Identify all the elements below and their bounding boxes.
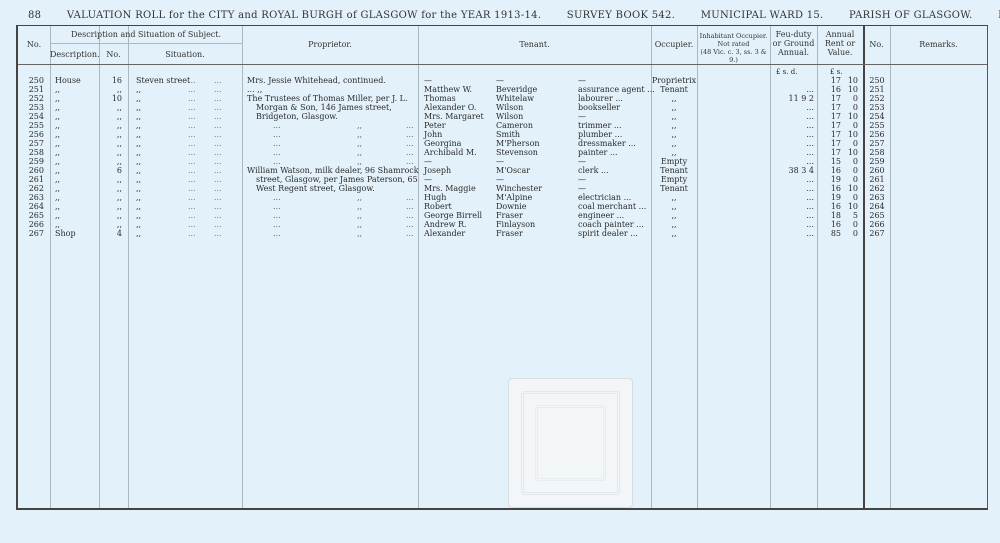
feu-duty: ... [770, 184, 814, 193]
tenant-occupation: electrician ... [578, 193, 631, 202]
tenant-occupation: engineer ... [578, 211, 624, 220]
leader-dots: ... [188, 76, 196, 85]
row-number: 258 [22, 148, 44, 157]
house-number: 6 [102, 166, 122, 175]
tenant-surname: M'Pherson [496, 139, 540, 148]
header-no: No. [18, 40, 50, 49]
house-number: ,, [102, 103, 122, 112]
tenant-first-name: Peter [424, 121, 446, 130]
leader-dots: ... [214, 148, 222, 157]
header-desc-group: Description and Situation of Subject. [50, 30, 242, 39]
feu-duty: ... [770, 85, 814, 94]
header-inhabitant-line: (48 Vic. c. 3, ss. 3 & 9.) [697, 48, 770, 64]
tenant-occupation: coach painter ... [578, 220, 644, 229]
valuation-table: No. Description and Situation of Subject… [16, 25, 988, 510]
situation: ,, [136, 139, 141, 148]
tenant-occupation: labourer ... [578, 94, 623, 103]
rent-shillings: 0 [842, 166, 858, 175]
tenant-first-name: Thomas [424, 94, 456, 103]
leader-dots: ... [406, 148, 414, 157]
row-number-right: 267 [866, 229, 888, 238]
survey-book: SURVEY BOOK 542. [567, 10, 675, 21]
header-rule [18, 64, 987, 65]
leader-dots: ... [188, 112, 196, 121]
tenant-surname: Whitelaw [496, 94, 534, 103]
leader-dots: ... [273, 229, 281, 238]
feu-duty: 11 9 2 [770, 94, 814, 103]
leader-dots: ... [188, 157, 196, 166]
rent-shillings: 0 [842, 220, 858, 229]
tenant-first-name: Hugh [424, 193, 446, 202]
header-rent-line: Rent or [817, 39, 863, 48]
rent-shillings: 10 [842, 184, 858, 193]
parish: PARISH OF GLASGOW. [849, 10, 973, 21]
ditto-mark: ,, [357, 148, 362, 157]
roll-title: VALUATION ROLL for the CITY and ROYAL BU… [67, 10, 542, 21]
col-rule [890, 26, 891, 508]
row-number-right: 266 [866, 220, 888, 229]
col-rule [128, 26, 129, 508]
house-number: 16 [102, 76, 122, 85]
header-rent-line: Annual [817, 30, 863, 39]
rent-pounds: 16 [826, 166, 841, 175]
row-number: 257 [22, 139, 44, 148]
rent-shillings: 0 [842, 175, 858, 184]
proprietor-text: Bridgeton, Glasgow. [256, 112, 338, 121]
feu-duty: ... [770, 202, 814, 211]
rent-shillings: 0 [842, 229, 858, 238]
security-tag [508, 378, 633, 508]
ditto-mark: ,, [357, 193, 362, 202]
row-number-right: 253 [866, 103, 888, 112]
occupier: Tenant [651, 166, 697, 175]
page-number: 88 [28, 10, 41, 21]
header-inhabitant-line: Not rated [697, 40, 770, 48]
col-rule [99, 26, 100, 508]
house-number: ,, [102, 130, 122, 139]
header-feu-line: Feu-duty [770, 30, 817, 39]
leader-dots: ... [273, 193, 281, 202]
leader-dots: ... [188, 166, 196, 175]
page-header: 88 VALUATION ROLL for the CITY and ROYAL… [28, 10, 990, 21]
tenant-occupation: — [578, 175, 586, 184]
description: House [55, 76, 81, 85]
house-number: ,, [102, 220, 122, 229]
row-number: 262 [22, 184, 44, 193]
tenant-surname: Winchester [496, 184, 542, 193]
leader-dots: ... [188, 121, 196, 130]
tenant-first-name: George Birrell [424, 211, 482, 220]
situation: ,, [136, 121, 141, 130]
occupier: Proprietrix [651, 76, 697, 85]
situation: ,, [136, 103, 141, 112]
leader-dots: ... [406, 130, 414, 139]
row-number-right: 250 [866, 76, 888, 85]
rent-pounds: 17 [826, 121, 841, 130]
tenant-first-name: — [424, 175, 432, 184]
rent-shillings: 0 [842, 139, 858, 148]
tenant-surname: Downie [496, 202, 527, 211]
leader-dots: ... [273, 139, 281, 148]
rent-shillings: 0 [842, 121, 858, 130]
rent-pounds: 18 [826, 211, 841, 220]
leader-dots: ... [214, 166, 222, 175]
proprietor-text: ... ,, [247, 85, 262, 94]
description: ,, [55, 121, 60, 130]
leader-dots: ... [188, 85, 196, 94]
rent-pounds: 17 [826, 130, 841, 139]
occupier: ,, [651, 193, 697, 202]
house-number: ,, [102, 85, 122, 94]
col-rule [50, 26, 51, 508]
leader-dots: ... [214, 130, 222, 139]
tenant-occupation: clerk ... [578, 166, 609, 175]
tenant-first-name: — [424, 157, 432, 166]
col-rule [863, 26, 865, 508]
feu-duty: ... [770, 211, 814, 220]
leader-dots: ... [273, 157, 281, 166]
description: ,, [55, 130, 60, 139]
leader-dots: ... [214, 103, 222, 112]
leader-dots: ... [214, 112, 222, 121]
occupier: ,, [651, 103, 697, 112]
tenant-occupation: — [578, 112, 586, 121]
house-number: ,, [102, 211, 122, 220]
description: Shop [55, 229, 76, 238]
description: ,, [55, 157, 60, 166]
col-rule [242, 26, 243, 508]
tenant-first-name: Alexander [424, 229, 465, 238]
leader-dots: ... [273, 121, 281, 130]
situation: ,, [136, 85, 141, 94]
col-rule [697, 26, 698, 508]
ditto-mark: ,, [357, 220, 362, 229]
leader-dots: ... [188, 139, 196, 148]
leader-dots: ... [273, 211, 281, 220]
tenant-first-name: Mrs. Maggie [424, 184, 476, 193]
description: ,, [55, 148, 60, 157]
feu-duty: ... [770, 157, 814, 166]
occupier: ,, [651, 112, 697, 121]
tenant-surname: M'Oscar [496, 166, 530, 175]
rent-shillings: 10 [842, 202, 858, 211]
row-number: 254 [22, 112, 44, 121]
header-remarks: Remarks. [890, 40, 987, 49]
row-number: 259 [22, 157, 44, 166]
leader-dots: ... [273, 202, 281, 211]
leader-dots: ... [188, 175, 196, 184]
leader-dots: ... [214, 193, 222, 202]
situation: Steven street [136, 76, 190, 85]
tenant-first-name: — [424, 76, 432, 85]
row-number: 265 [22, 211, 44, 220]
leader-dots: ... [273, 130, 281, 139]
occupier: ,, [651, 229, 697, 238]
ditto-mark: ,, [357, 211, 362, 220]
feu-duty: ... [770, 175, 814, 184]
leader-dots: ... [406, 229, 414, 238]
header-desc-no: No. [99, 50, 128, 59]
leader-dots: ... [188, 202, 196, 211]
leader-dots: ... [214, 85, 222, 94]
house-number: ,, [102, 121, 122, 130]
rent-pounds: 16 [826, 202, 841, 211]
rent-shillings: 10 [842, 148, 858, 157]
tenant-occupation: plumber ... [578, 130, 622, 139]
proprietor-text: William Watson, milk dealer, 96 Shamrock [247, 166, 419, 175]
tenant-surname: Fraser [496, 229, 523, 238]
ditto-mark: ,, [357, 157, 362, 166]
house-number: ,, [102, 157, 122, 166]
leader-dots: ... [188, 193, 196, 202]
tenant-surname: Finlayson [496, 220, 535, 229]
leader-dots: ... [406, 139, 414, 148]
rent-shillings: 0 [842, 103, 858, 112]
ditto-mark: ,, [357, 202, 362, 211]
tenant-first-name: Matthew W. [424, 85, 472, 94]
description: ,, [55, 193, 60, 202]
header-inhabitant-line: Inhabitant Occupier. [697, 32, 770, 40]
leader-dots: ... [188, 103, 196, 112]
leader-dots: ... [188, 211, 196, 220]
description: ,, [55, 103, 60, 112]
tenant-occupation: painter ... [578, 148, 618, 157]
leader-dots: ... [406, 157, 414, 166]
feu-duty: ... [770, 121, 814, 130]
leader-dots: ... [188, 148, 196, 157]
leader-dots: ... [406, 121, 414, 130]
tenant-occupation: coal merchant ... [578, 202, 646, 211]
row-number: 253 [22, 103, 44, 112]
leader-dots: ... [214, 121, 222, 130]
leader-dots: ... [214, 202, 222, 211]
feu-units: £ s. d. [776, 68, 797, 77]
proprietor-text: The Trustees of Thomas Miller, per J. L. [247, 94, 408, 103]
row-number-right: 258 [866, 148, 888, 157]
row-number: 255 [22, 121, 44, 130]
row-number: 250 [22, 76, 44, 85]
situation: ,, [136, 112, 141, 121]
description: ,, [55, 220, 60, 229]
rent-pounds: 85 [826, 229, 841, 238]
tenant-first-name: Robert [424, 202, 452, 211]
feu-duty: 38 3 4 [770, 166, 814, 175]
row-number: 263 [22, 193, 44, 202]
house-number: ,, [102, 175, 122, 184]
occupier: ,, [651, 130, 697, 139]
tenant-surname: Smith [496, 130, 520, 139]
ditto-mark: ,, [357, 229, 362, 238]
feu-duty: ... [770, 130, 814, 139]
occupier: Tenant [651, 184, 697, 193]
description: ,, [55, 202, 60, 211]
proprietor-text: street, Glasgow, per James Paterson, 65 [256, 175, 418, 184]
row-number-right: 262 [866, 184, 888, 193]
tenant-first-name: Georgina [424, 139, 461, 148]
leader-dots: ... [188, 130, 196, 139]
house-number: ,, [102, 112, 122, 121]
leader-dots: ... [188, 229, 196, 238]
situation: ,, [136, 148, 141, 157]
tenant-occupation: — [578, 184, 586, 193]
leader-dots: ... [188, 220, 196, 229]
situation: ,, [136, 193, 141, 202]
occupier: ,, [651, 148, 697, 157]
tenant-surname: M'Alpine [496, 193, 532, 202]
row-number: 251 [22, 85, 44, 94]
rent-pounds: 17 [826, 112, 841, 121]
row-number-right: 251 [866, 85, 888, 94]
occupier: ,, [651, 121, 697, 130]
tenant-occupation: trimmer ... [578, 121, 622, 130]
row-number-right: 259 [866, 157, 888, 166]
row-number-right: 261 [866, 175, 888, 184]
tenant-surname: Wilson [496, 112, 523, 121]
row-number-right: 263 [866, 193, 888, 202]
tenant-occupation: — [578, 76, 586, 85]
header-description: Description. [50, 50, 99, 59]
ditto-mark: ,, [357, 130, 362, 139]
header-feu-duty: Feu-duty or Ground Annual. [770, 30, 817, 57]
row-number: 267 [22, 229, 44, 238]
tenant-surname: — [496, 76, 504, 85]
tenant-surname: Stevenson [496, 148, 538, 157]
rent-pounds: 16 [826, 85, 841, 94]
row-number: 256 [22, 130, 44, 139]
rent-pounds: 17 [826, 94, 841, 103]
occupier: ,, [651, 94, 697, 103]
tenant-surname: — [496, 157, 504, 166]
header-proprietor: Proprietor. [242, 40, 418, 49]
leader-dots: ... [214, 94, 222, 103]
feu-duty: ... [770, 220, 814, 229]
tenant-occupation: bookseller [578, 103, 620, 112]
row-number: 260 [22, 166, 44, 175]
leader-dots: ... [406, 211, 414, 220]
tenant-occupation: dressmaker ... [578, 139, 636, 148]
description: ,, [55, 184, 60, 193]
row-number-right: 254 [866, 112, 888, 121]
rent-shillings: 10 [842, 76, 858, 85]
description: ,, [55, 85, 60, 94]
house-number: ,, [102, 193, 122, 202]
rent-shillings: 10 [842, 112, 858, 121]
rent-pounds: 19 [826, 193, 841, 202]
situation: ,, [136, 229, 141, 238]
feu-duty: ... [770, 103, 814, 112]
proprietor-text: Mrs. Jessie Whitehead, continued. [247, 76, 386, 85]
row-number-right: 256 [866, 130, 888, 139]
leader-dots: ... [406, 193, 414, 202]
rent-pounds: 17 [826, 148, 841, 157]
rent-pounds: 19 [826, 175, 841, 184]
tenant-first-name: Joseph [424, 166, 451, 175]
situation: ,, [136, 157, 141, 166]
occupier: Tenant [651, 85, 697, 94]
leader-dots: ... [406, 202, 414, 211]
leader-dots: ... [188, 94, 196, 103]
house-number: 4 [102, 229, 122, 238]
situation: ,, [136, 166, 141, 175]
situation: ,, [136, 130, 141, 139]
situation: ,, [136, 220, 141, 229]
leader-dots: ... [188, 184, 196, 193]
rent-pounds: 17 [826, 139, 841, 148]
tenant-first-name: Alexander O. [424, 103, 476, 112]
leader-dots: ... [214, 76, 222, 85]
rent-shillings: 0 [842, 94, 858, 103]
header-inhabitant: Inhabitant Occupier. Not rated (48 Vic. … [697, 32, 770, 64]
municipal-ward: MUNICIPAL WARD 15. [701, 10, 824, 21]
rent-pounds: 15 [826, 157, 841, 166]
row-number: 264 [22, 202, 44, 211]
row-number-right: 264 [866, 202, 888, 211]
situation: ,, [136, 184, 141, 193]
feu-duty: ... [770, 229, 814, 238]
tenant-first-name: Andrew R. [424, 220, 467, 229]
rent-shillings: 10 [842, 130, 858, 139]
situation: ,, [136, 175, 141, 184]
header-subrule [50, 43, 242, 44]
row-number-right: 255 [866, 121, 888, 130]
row-number-right: 260 [866, 166, 888, 175]
row-number: 261 [22, 175, 44, 184]
header-feu-line: Annual. [770, 48, 817, 57]
tenant-surname: Fraser [496, 211, 523, 220]
header-annual-rent: Annual Rent or Value. [817, 30, 863, 57]
tenant-surname: Cameron [496, 121, 533, 130]
tenant-occupation: spirit dealer ... [578, 229, 638, 238]
occupier: ,, [651, 202, 697, 211]
occupier: ,, [651, 139, 697, 148]
row-number-right: 252 [866, 94, 888, 103]
leader-dots: ... [214, 220, 222, 229]
leader-dots: ... [214, 184, 222, 193]
proprietor-text: West Regent street, Glasgow. [256, 184, 375, 193]
tenant-surname: — [496, 175, 504, 184]
leader-dots: ... [273, 220, 281, 229]
rent-pounds: 16 [826, 220, 841, 229]
rent-pounds: 17 [826, 103, 841, 112]
leader-dots: ... [214, 175, 222, 184]
row-number-right: 257 [866, 139, 888, 148]
feu-duty: ... [770, 193, 814, 202]
header-rent-line: Value. [817, 48, 863, 57]
leader-dots: ... [214, 139, 222, 148]
feu-duty: ... [770, 148, 814, 157]
ditto-mark: ,, [357, 139, 362, 148]
leader-dots: ... [214, 211, 222, 220]
row-number: 252 [22, 94, 44, 103]
proprietor-text: Morgan & Son, 146 James street, [256, 103, 392, 112]
description: ,, [55, 139, 60, 148]
tenant-first-name: Archibald M. [424, 148, 477, 157]
house-number: ,, [102, 202, 122, 211]
tenant-first-name: Mrs. Margaret [424, 112, 484, 121]
rent-pounds: 16 [826, 184, 841, 193]
col-rule [817, 26, 818, 508]
house-number: ,, [102, 184, 122, 193]
header-tenant: Tenant. [418, 40, 651, 49]
tenant-surname: Beveridge [496, 85, 537, 94]
description: ,, [55, 94, 60, 103]
occupier: ,, [651, 220, 697, 229]
tenant-first-name: John [424, 130, 442, 139]
rent-shillings: 5 [842, 211, 858, 220]
situation: ,, [136, 202, 141, 211]
leader-dots: ... [273, 148, 281, 157]
header-feu-line: or Ground [770, 39, 817, 48]
